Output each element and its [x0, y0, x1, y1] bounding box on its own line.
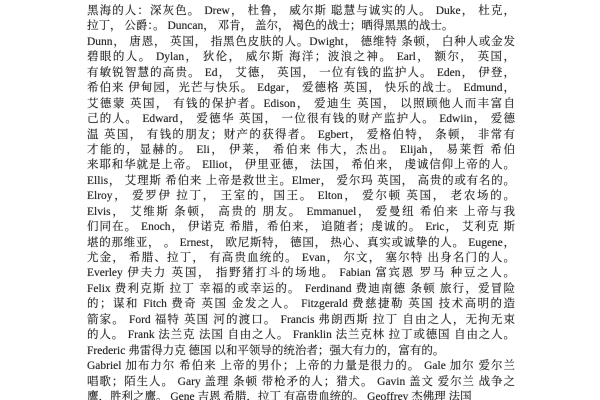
text-line: 拉丁， 公爵：。 Duncan， 邓肯， 盖尔， 褐色的战士；晒得黑黑的战士。 — [87, 19, 515, 34]
text-line: Frederic 弗雷得力克 德国 以和平领导的统治者；强大有力的，富有的。 — [87, 344, 515, 359]
text-line: 尤金， 希腊、拉丁， 有高贵血统的。 Evan， 尔文， 塞尔特 出身名门的人。 — [87, 251, 515, 266]
text-line: Felix 费利克斯 拉丁 幸福的或幸运的。 Ferdinand 费迪南德 条顿… — [87, 282, 515, 297]
text-line: Ellis， 艾理斯 希伯来 上帝是救世主。Elmer， 爱尔玛 英国， 高贵的… — [87, 174, 515, 189]
text-line: 己的人。 Edward， 爱德华 英国， 一位很有钱的财产监护人。 Edwiin… — [87, 112, 515, 127]
text-line: 鹰，胜利之鹰。 Gene 吉恩 希腊，拉丁 有高贵血统的。 Geoffrey 杰… — [87, 390, 515, 400]
text-line: 来耶和华就是上帝。 Elliot， 伊里亚德， 法国， 希伯来， 虔诚信仰上帝的… — [87, 158, 515, 173]
text-line: 唱歌；陌生人。 Gary 盖理 条顿 带枪矛的人；猎犬。 Gavin 盖文 爱尔… — [87, 375, 515, 390]
text-line: 希伯来 伊甸园，光芒与快乐。 Edgar， 爱德格 英国， 快乐的战士。 Edm… — [87, 81, 515, 96]
text-line: 有敏锐智慧的高贵。 Ed， 艾德， 英国， 一位有钱的监护人。 Eden， 伊登… — [87, 66, 515, 81]
text-line: Everley 伊夫力 英国， 指野猪打斗的场地。 Fabian 富宾恩 罗马 … — [87, 266, 515, 281]
text-line: 才能的，显赫的。 Eli， 伊莱， 希伯来 伟大，杰出。 Elijah， 易莱哲… — [87, 143, 515, 158]
text-line: 碧眼的人。 Dylan， 狄伦， 威尔斯 海洋；波浪之神。 Earl， 额尔， … — [87, 50, 515, 65]
text-line: Elvis， 艾维斯 条顿， 高贵的 朋友。 Emmanuel， 爱曼纽 希伯来… — [87, 205, 515, 220]
text-line: 堪的那维亚， 。 Ernest， 欧尼斯特， 德国， 热心、真实或诚挚的人。 E… — [87, 236, 515, 251]
text-line: 的人。 Frank 法兰克 法国 自由之人。 Franklin 法兰克林 拉丁或… — [87, 328, 515, 343]
text-line: 黑海的人：深灰色。 Drew， 杜鲁， 威尔斯 聪慧与诚实的人。 Duke， 杜… — [87, 4, 515, 19]
text-line: Elroy， 爱罗伊 拉丁， 王室的，国王。 Elton， 爱尔顿 英国， 老农… — [87, 189, 515, 204]
text-line: 们同在。 Enoch， 伊诺克 希腊，希伯来， 追随者；虔诚的。 Eric， 艾… — [87, 220, 515, 235]
text-line: 温 英国， 有钱的朋友；财产的获得者。 Egbert， 爱格伯特， 条顿， 非常… — [87, 128, 515, 143]
document-page: 黑海的人：深灰色。 Drew， 杜鲁， 威尔斯 聪慧与诚实的人。 Duke， 杜… — [0, 0, 600, 400]
text-line: Dunn， 唐恩， 英国， 指黑色皮肤的人。Dwight， 德维特 条顿， 白种… — [87, 35, 515, 50]
text-line: 箭家。 Ford 福特 英国 河的渡口。 Francis 弗朗西斯 拉丁 自由之… — [87, 313, 515, 328]
text-line: 的；谋和 Fitch 费奇 英国 金发之人。 Fitzgerald 费慈捷勒 英… — [87, 297, 515, 312]
text-line: Gabriel 加布力尔 希伯来 上帝的男仆；上帝的力量是很力的。 Gale 加… — [87, 359, 515, 374]
text-line: 艾德蒙 英国， 有钱的保护者。Edison， 爱迪生 英国， 以照顾他人而丰富自 — [87, 97, 515, 112]
